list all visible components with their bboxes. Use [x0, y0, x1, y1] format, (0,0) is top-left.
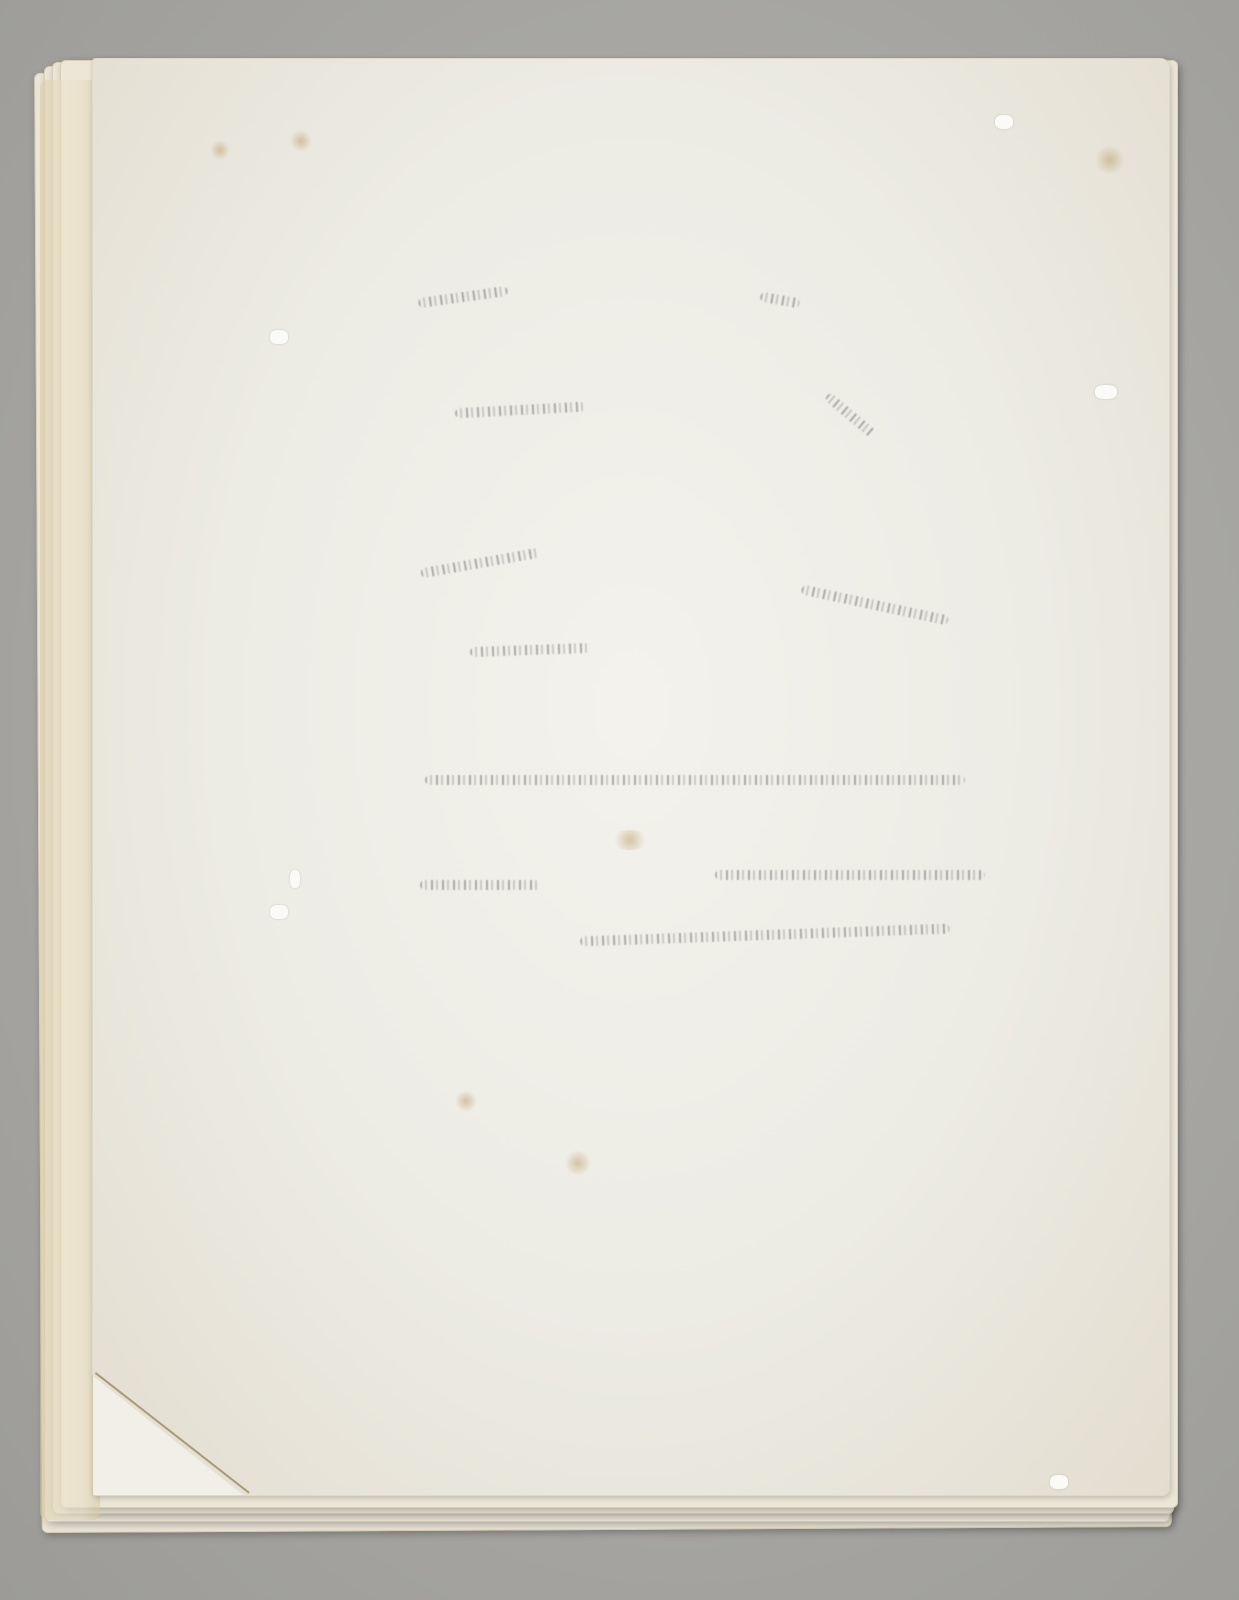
- ink-smudge: [715, 870, 985, 880]
- ink-smudge: [420, 880, 540, 890]
- foxing-spot: [290, 130, 312, 152]
- foxing-spot: [455, 1090, 477, 1112]
- foxing-spot: [610, 830, 650, 850]
- paper-tear: [1095, 385, 1117, 399]
- paper-tear: [995, 115, 1013, 129]
- foxing-spot: [565, 1150, 591, 1176]
- paper-tear: [270, 905, 288, 919]
- deckled-edge-stain: [40, 80, 100, 1520]
- paper-tear: [290, 870, 300, 888]
- foxing-spot: [1095, 145, 1125, 175]
- foxing-spot: [210, 140, 230, 160]
- paper-tear: [1050, 1475, 1068, 1489]
- ink-smudge: [425, 775, 965, 785]
- paper-tear: [270, 330, 288, 344]
